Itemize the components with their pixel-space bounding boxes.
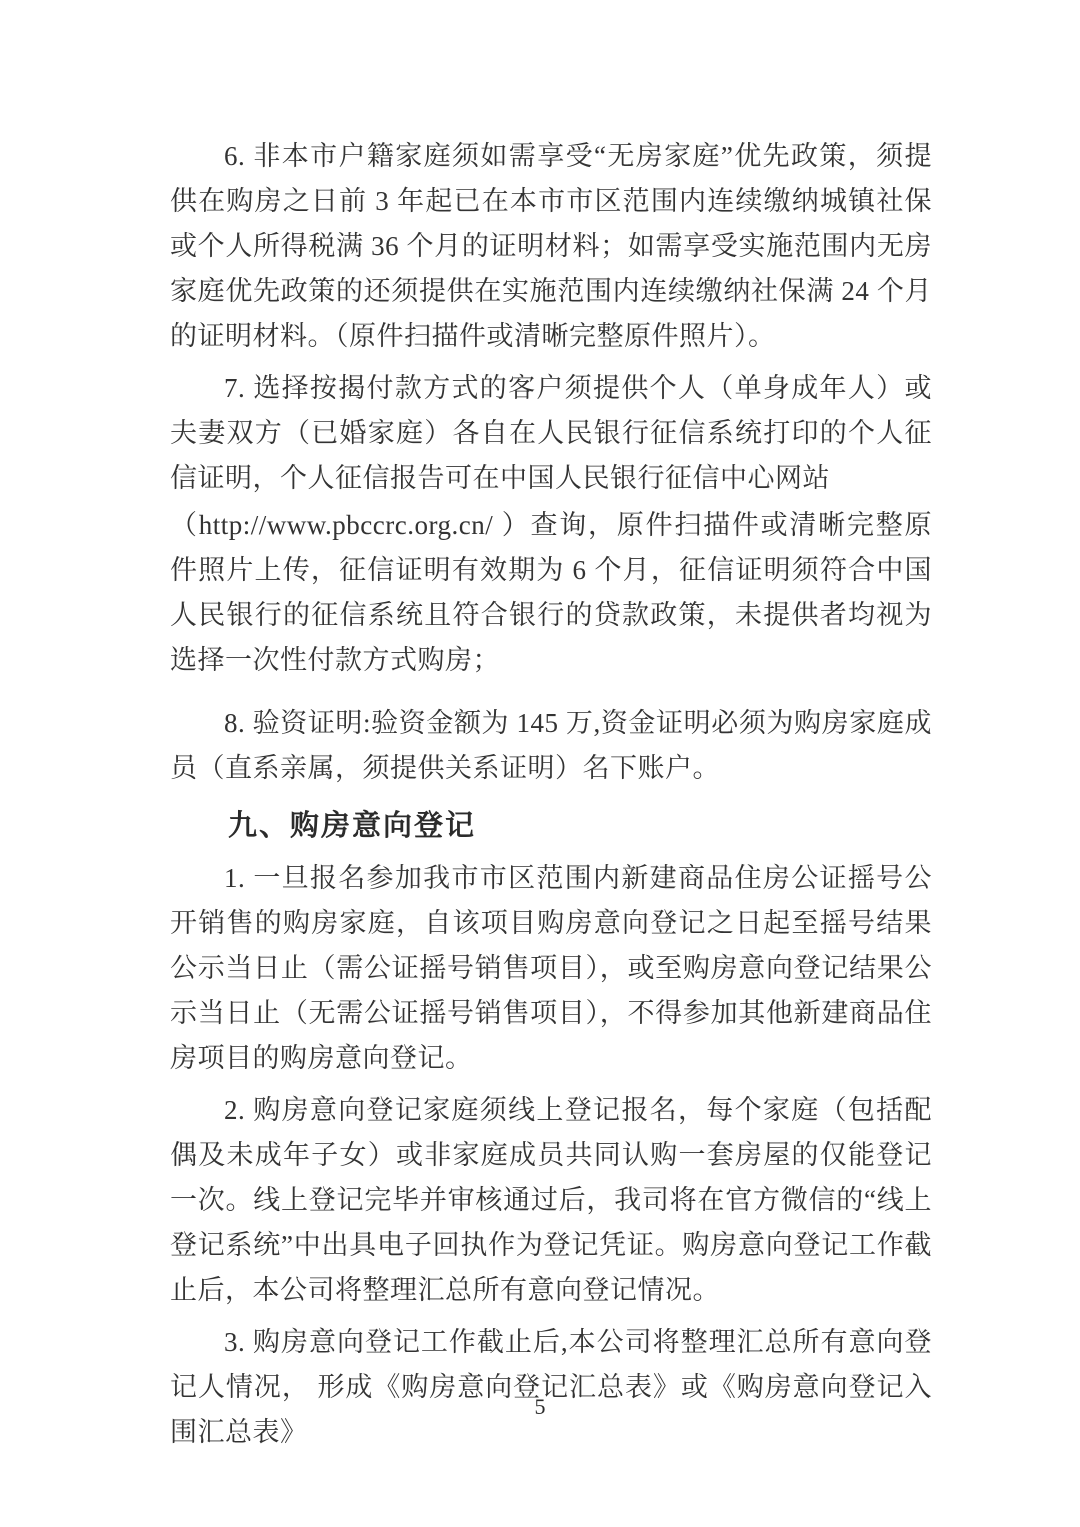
document-page: 6. 非本市户籍家庭须如需享受“无房家庭”优先政策，须提供在购房之日前 3 年起…	[0, 0, 1080, 1527]
paragraph-section9-item-2: 2. 购房意向登记家庭须线上登记报名，每个家庭（包括配偶及未成年子女）或非家庭成…	[170, 1088, 932, 1313]
paragraph-item-8: 8. 验资证明:验资金额为 145 万,资金证明必须为购房家庭成员（直系亲属，须…	[170, 701, 932, 791]
paragraph-item-7: 7. 选择按揭付款方式的客户须提供个人（单身成年人）或夫妻双方（已婚家庭）各自在…	[170, 366, 932, 501]
paragraph-item-6: 6. 非本市户籍家庭须如需享受“无房家庭”优先政策，须提供在购房之日前 3 年起…	[170, 134, 932, 359]
section-heading-9: 九、购房意向登记	[170, 804, 932, 849]
paragraph-section9-item-1: 1. 一旦报名参加我市市区范围内新建商品住房公证摇号公开销售的购房家庭，自该项目…	[170, 856, 932, 1081]
page-number: 5	[0, 1392, 1080, 1422]
paragraph-item-7-continuation: （http://www.pbccrc.org.cn/ ）查询，原件扫描件或清晰完…	[170, 503, 932, 683]
paragraph-section9-item-3: 3. 购房意向登记工作截止后,本公司将整理汇总所有意向登记人情况， 形成《购房意…	[170, 1320, 932, 1455]
document-content: 6. 非本市户籍家庭须如需享受“无房家庭”优先政策，须提供在购房之日前 3 年起…	[170, 134, 932, 1455]
